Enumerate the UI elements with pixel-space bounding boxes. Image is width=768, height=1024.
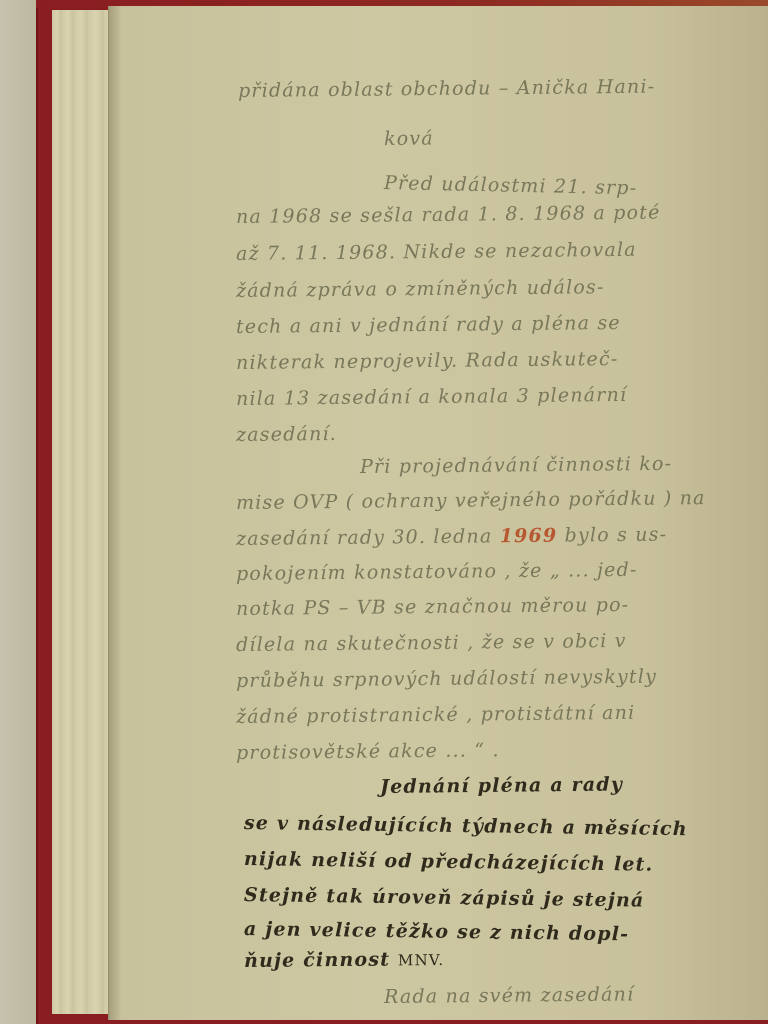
handwritten-line: žádná zpráva o zmíněných událos- <box>236 276 605 302</box>
handwritten-line: zasedání. <box>236 423 337 446</box>
handwritten-line: žádné protistranické , protistátní ani <box>236 702 636 728</box>
line-text: ňuje činnost <box>244 948 398 972</box>
handwritten-line: ňuje činnost MNV. <box>244 948 444 972</box>
line-text: bylo s us- <box>557 523 667 546</box>
line-text: zasedání rady 30. ledna <box>236 525 500 550</box>
handwritten-line: přidána oblast obchodu – Anička Hani- <box>238 76 656 102</box>
page-edge <box>74 10 89 1014</box>
handwritten-line: ková <box>384 127 434 150</box>
highlighted-year: 1969 <box>500 525 558 548</box>
handwritten-line: průběhu srpnových událostí nevyskytly <box>236 666 657 692</box>
abbreviation: MNV. <box>398 951 444 969</box>
handwritten-line: tech a ani v jednání rady a pléna se <box>236 312 621 338</box>
handwritten-line: nikterak neprojevily. Rada uskuteč- <box>236 348 619 374</box>
page-gutter-shadow <box>108 6 122 1020</box>
page-edge <box>88 10 105 1014</box>
handwritten-line: dílela na skutečnosti , že se v obci v <box>236 630 627 656</box>
handwritten-line: protisovětské akce ... “ . <box>236 739 500 764</box>
handwritten-line: Rada na svém zasedání <box>384 983 635 1008</box>
handwritten-line: pokojením konstatováno , že „ ... jed- <box>236 559 638 585</box>
handwritten-line: notka PS – VB se značnou měrou po- <box>236 594 630 620</box>
handwritten-line: až 7. 11. 1968. Nikde se nezachovala <box>236 239 637 265</box>
handwritten-line: na 1968 se sešla rada 1. 8. 1968 a poté <box>236 202 661 228</box>
handwritten-line: nila 13 zasedání a konala 3 plenární <box>236 384 627 410</box>
handwritten-line: Při projednávání činnosti ko- <box>360 453 672 478</box>
handwritten-line: zasedání rady 30. ledna 1969 bylo s us- <box>236 523 667 550</box>
handwritten-line: Jednání pléna a rady <box>380 773 623 798</box>
